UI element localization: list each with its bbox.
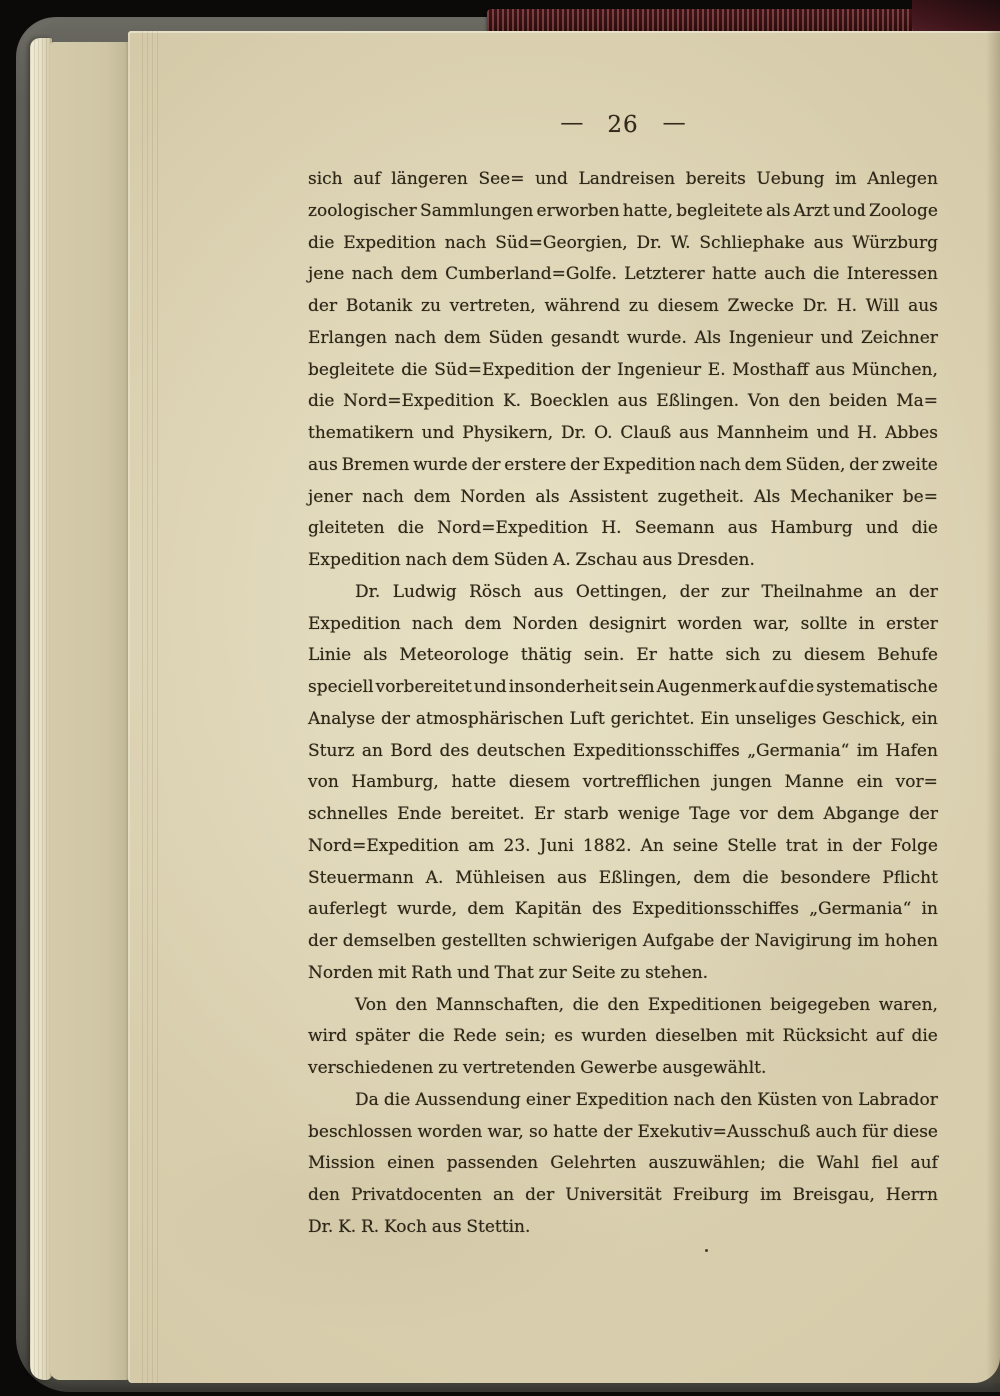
text-line: sichauflängerenSee=undLandreisenbereitsU… (308, 164, 938, 196)
header-dash-left: — (560, 110, 583, 136)
text-line: Dr.K.R.KochausStettin. (308, 1212, 938, 1244)
text-line: beschlossenwordenwar,sohattederExekutiv=… (308, 1117, 938, 1149)
text-line: denPrivatdocentenanderUniversitätFreibur… (308, 1180, 938, 1212)
text-line: jenenachdemCumberland=Golfe.Letztererhat… (308, 259, 938, 291)
text-line: dieExpeditionnachSüd=Georgien,Dr.W.Schli… (308, 228, 938, 260)
page-number: 26 (607, 112, 638, 138)
text-line: wirdspäterdieRedesein;eswurdendieselbenm… (308, 1021, 938, 1053)
text-line: auferlegtwurde,demKapitändesExpeditionss… (308, 894, 938, 926)
text-line: begleitetedieSüd=ExpeditionderIngenieurE… (308, 355, 938, 387)
text-line: DadieAussendungeinerExpeditionnachdenKüs… (308, 1085, 938, 1117)
text-line: jenernachdemNordenalsAssistentzugetheit.… (308, 482, 938, 514)
text-line: Dr.LudwigRöschausOettingen,derzurTheilna… (308, 577, 938, 609)
text-line: SturzanBorddesdeutschenExpeditionsschiff… (308, 736, 938, 768)
text-line: derBotanikzuvertreten,währendzudiesemZwe… (308, 291, 938, 323)
text-line: verschiedenenzuvertretendenGewerbeausgew… (308, 1053, 938, 1085)
text-line: SteuermannA.MühleisenausEßlingen,demdieb… (308, 863, 938, 895)
header-dash-right: — (663, 110, 686, 136)
text-line: ausBremenwurdederersterederExpeditionnac… (308, 450, 938, 482)
text-line: MissioneinenpassendenGelehrtenauszuwähle… (308, 1148, 938, 1180)
text-line: VondenMannschaften,diedenExpeditionenbei… (308, 990, 938, 1022)
ink-speck (705, 1249, 708, 1252)
page-header: —26— (308, 110, 938, 140)
text-line: zoologischerSammlungenerworbenhatte,begl… (308, 196, 938, 228)
text-line: ExpeditionnachdemSüdenA.ZschauausDresden… (308, 545, 938, 577)
book-scan: —26— sichauflängerenSee=undLandreisenber… (0, 0, 1000, 1396)
text-line: AnalysederatmosphärischenLuftgerichtet.E… (308, 704, 938, 736)
book-page: —26— sichauflängerenSee=undLandreisenber… (128, 31, 1000, 1383)
text-line: Nord=Expeditionam23.Juni1882.AnseineStel… (308, 831, 938, 863)
text-line: NordenmitRathundThatzurSeitezustehen. (308, 958, 938, 990)
text-line: schnellesEndebereitet.ErstarbwenigeTagev… (308, 799, 938, 831)
text-line: ExpeditionnachdemNordendesignirtwordenwa… (308, 609, 938, 641)
text-line: derdemselbengestelltenschwierigenAufgabe… (308, 926, 938, 958)
text-line: speciellvorbereitetundinsonderheitseinAu… (308, 672, 938, 704)
text-line: dieNord=ExpeditionK.BoecklenausEßlingen.… (308, 386, 938, 418)
text-line: LiniealsMeteorologethätigsein.Erhattesic… (308, 640, 938, 672)
page-text: sichauflängerenSee=undLandreisenbereitsU… (308, 164, 938, 1244)
text-line: ErlangennachdemSüdengesandtwurde.AlsInge… (308, 323, 938, 355)
text-line: vonHamburg,hattediesemvortrefflichenjung… (308, 767, 938, 799)
text-line: gleitetendieNord=ExpeditionH.SeemannausH… (308, 513, 938, 545)
underlying-page-edge (50, 42, 130, 1380)
page-edges-stack (30, 38, 52, 1380)
text-line: thematikernundPhysikern,Dr.O.ClaußausMan… (308, 418, 938, 450)
